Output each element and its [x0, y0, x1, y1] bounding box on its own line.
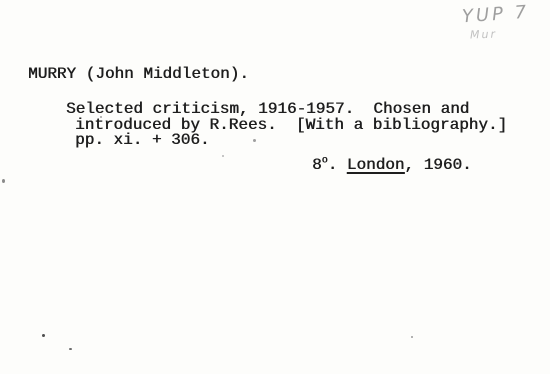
imprint-line: 8o. London, 1960. [312, 157, 472, 173]
scan-speck [69, 348, 72, 350]
scan-speck [411, 336, 413, 338]
author-heading: MURRY (John Middleton). [28, 66, 249, 82]
imprint-separator: . [328, 156, 347, 174]
scan-speck [42, 334, 45, 337]
publication-date: , 1960. [404, 156, 471, 174]
publication-place: London [347, 156, 405, 174]
description-line: pp. xi. + 306. [75, 132, 209, 148]
pencil-shelfmark-secondary: Mur [470, 28, 497, 42]
pencil-shelfmark: YUP 7 [461, 2, 530, 28]
description-line: Selected criticism, 1916-1957. Chosen an… [66, 101, 469, 117]
scan-speck [253, 139, 256, 142]
format-number: 8 [312, 156, 322, 174]
scan-speck [2, 179, 5, 183]
scan-speck [222, 155, 224, 157]
catalogue-card: YUP 7 Mur MURRY (John Middleton). Select… [0, 0, 550, 374]
scan-speck [100, 116, 102, 118]
